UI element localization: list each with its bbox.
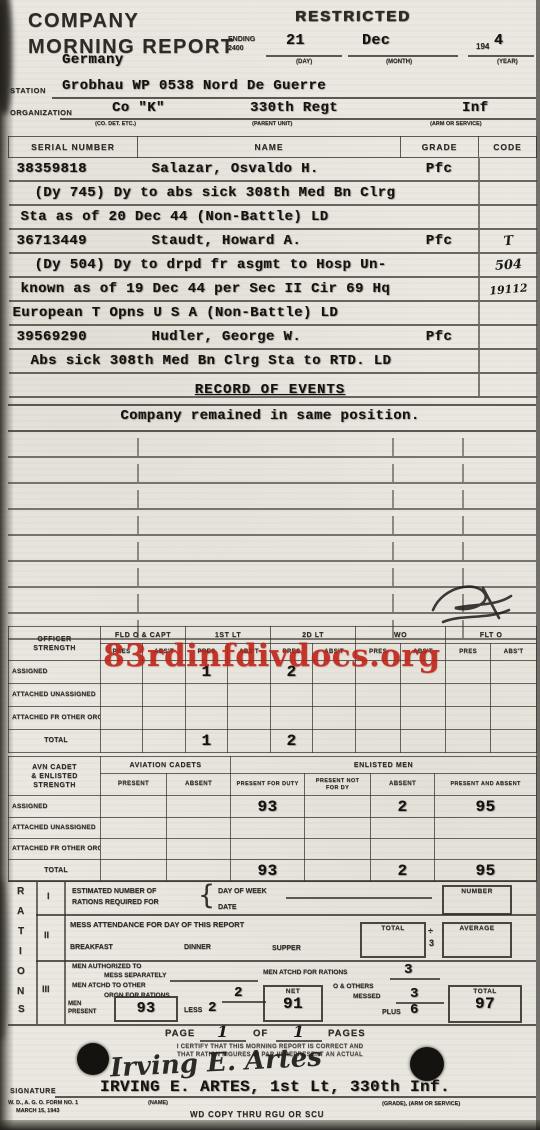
organization-unit: Co "K"	[112, 100, 165, 116]
column-divider	[36, 882, 38, 1024]
roster-row6-remark: known as of 19 Dec 44 per Sec II Cir 69 …	[9, 277, 479, 301]
date-day-value: 21	[286, 32, 305, 49]
enlisted-row-total: TOTAL	[9, 860, 101, 882]
men-atchd-other-value: 2	[234, 985, 243, 1001]
abst-header: ABS'T	[491, 644, 537, 661]
org-parent-sublabel: (PARENT UNIT)	[252, 121, 292, 127]
enlisted-assigned-absent: 2	[371, 796, 435, 818]
roster-row9-code	[479, 349, 537, 373]
ruled-line	[55, 1096, 536, 1098]
ending-label: ENDING	[228, 36, 255, 43]
roster-row8-name: Hudler, George W.	[138, 325, 401, 349]
avn-present-header: PRESENT	[101, 774, 167, 796]
mess-attendance-title: MESS ATTENDANCE FOR DAY OF THIS REPORT	[70, 920, 244, 929]
roster-row1-code	[479, 158, 537, 182]
officer-corner-label: OFFICER STRENGTH	[9, 627, 101, 661]
brace-glyph: {	[198, 880, 215, 911]
roster-col-serial: SERIAL NUMBER	[9, 137, 138, 158]
morning-report-document: RESTRICTED COMPANY MORNING REPORT ENDING…	[0, 0, 540, 1130]
enlisted-assigned-present-for-duty: 93	[231, 796, 305, 818]
signature-name-sublabel: (NAME)	[148, 1100, 168, 1106]
em-present-for-duty-header: PRESENT FOR DUTY	[231, 774, 305, 796]
form-title-line1: COMPANY	[28, 10, 139, 33]
org-unit-sublabel: (CO. DET. ETC.)	[95, 121, 136, 127]
estimated-rations-line1: ESTIMATED NUMBER OF	[72, 888, 156, 895]
ruled-line	[60, 118, 536, 120]
column-divider	[462, 516, 464, 534]
rations-section: R A T I O N S I II III ESTIMATED NUMBER …	[8, 880, 536, 1026]
organization-label: ORGANIZATION	[10, 108, 72, 117]
rations-side-letter: R	[17, 886, 24, 897]
breakfast-label: BREAKFAST	[70, 944, 113, 951]
divide-by-value: 3	[429, 938, 434, 948]
organization-parent: 330th Regt	[250, 100, 338, 116]
column-divider	[392, 438, 394, 456]
blank-ruled-row	[8, 432, 536, 458]
form-date: MARCH 15, 1943	[16, 1108, 59, 1114]
roster-row1-name: Salazar, Osvaldo H.	[138, 158, 401, 182]
form-title-line2: MORNING REPORT	[28, 36, 235, 59]
mess-total-box: TOTAL	[360, 922, 426, 958]
others-messed-line2: MESSED	[353, 993, 380, 1000]
column-divider	[392, 464, 394, 482]
roster-row7-code	[479, 301, 537, 325]
plus-label: PLUS	[382, 1009, 401, 1016]
enlisted-corner-label: AVN CADET & ENLISTED STRENGTH	[9, 757, 101, 796]
roster-row1-grade: Pfc	[401, 158, 479, 182]
month-sublabel: (MONTH)	[386, 59, 412, 65]
enlisted-total-present-and-absent: 95	[435, 860, 537, 882]
roster-row8-serial: 39569290	[9, 325, 138, 349]
signature-label: SIGNATURE	[10, 1088, 56, 1095]
roster-row2-code	[479, 181, 537, 205]
ruled-line	[390, 978, 440, 980]
enlisted-assigned-present-and-absent: 95	[435, 796, 537, 818]
officer-total-1stlt-pres: 1	[186, 730, 228, 753]
roster-row7-remark: European T Opns U S A (Non-Battle) LD	[9, 301, 479, 325]
ruled-line	[396, 1002, 444, 1004]
date-label: DATE	[218, 904, 237, 911]
roster-row3-remark: Sta as of 20 Dec 44 (Non-Battle) LD	[9, 205, 479, 229]
signature-typed-name: IRVING E. ARTES, 1st Lt, 330th Inf.	[100, 1078, 450, 1096]
roster-row1-serial: 38359818	[9, 158, 138, 182]
em-absent-header: ABSENT	[371, 774, 435, 796]
men-authorized-line1: MEN AUTHORIZED TO	[72, 963, 141, 970]
enlisted-row-attached-unassigned: ATTACHED UNASSIGNED	[9, 818, 101, 839]
column-divider	[462, 542, 464, 560]
men-atchd-for-rations-label: MEN ATCHD FOR RATIONS	[263, 969, 347, 976]
column-divider	[392, 490, 394, 508]
column-divider	[392, 542, 394, 560]
day-sublabel: (DAY)	[296, 59, 312, 65]
ruled-line	[468, 55, 534, 57]
enlisted-row-attached-other: ATTACHED FR OTHER ORGN	[9, 839, 101, 860]
ruled-line	[8, 404, 536, 406]
date-year-value: 4	[494, 32, 503, 49]
blank-ruled-row	[8, 536, 536, 562]
estimated-rations-line2: RATIONS REQUIRED FOR	[72, 899, 159, 906]
roster-row4-name: Staudt, Howard A.	[138, 229, 401, 253]
station-value: Grobhau WP 0538 Nord De Guerre	[62, 78, 326, 94]
pages-label: PAGES	[328, 1028, 366, 1039]
record-of-events-entry: Company remained in same position.	[0, 408, 540, 424]
page-label: PAGE	[165, 1028, 195, 1039]
officer-row-assigned: ASSIGNED	[9, 661, 101, 684]
column-divider	[137, 516, 139, 534]
ruled-line	[170, 980, 258, 982]
net-value: 91	[265, 995, 321, 1013]
scan-edge-bottom	[0, 1120, 540, 1130]
rations-total-value: 97	[450, 995, 520, 1013]
year-prefix: 194	[476, 42, 489, 51]
officer-group-flt-o: FLT O	[446, 627, 537, 644]
mess-average-box: AVERAGE	[442, 922, 512, 958]
page-number-value: 1	[217, 1022, 228, 1041]
men-present-box: 93	[114, 996, 178, 1022]
ruled-line	[286, 897, 432, 899]
rations-side-letter: N	[17, 986, 24, 997]
roster-row6-code: 19112	[478, 275, 538, 304]
column-divider	[392, 568, 394, 586]
blank-ruled-row	[8, 484, 536, 510]
officer-total-2dlt-pres: 2	[271, 730, 313, 753]
others-messed-value: 3	[410, 986, 419, 1002]
officer-row-total: TOTAL	[9, 730, 101, 753]
officer-row-attached-other: ATTACHED FR OTHER ORGN	[9, 707, 101, 730]
roster-row4-serial: 36713449	[9, 229, 138, 253]
station-label: STATION	[10, 86, 46, 95]
em-present-not-for-duty-header: PRESENT NOT FOR DY	[305, 774, 371, 796]
roster-row2-remark: (Dy 745) Dy to abs sick 308th Med Bn Clr…	[9, 181, 479, 205]
men-present-label-line2: PRESENT	[68, 1009, 96, 1015]
roster-col-name: NAME	[138, 137, 401, 158]
net-box-label: NET	[265, 987, 321, 995]
column-divider	[462, 490, 464, 508]
of-label: OF	[253, 1028, 268, 1039]
mess-average-box-label: AVERAGE	[444, 924, 510, 932]
roster-row4-grade: Pfc	[401, 229, 479, 253]
divide-sign: ÷	[428, 926, 433, 936]
column-divider	[137, 490, 139, 508]
column-divider	[462, 438, 464, 456]
column-divider	[462, 464, 464, 482]
form-number: W. D., A. G. O. FORM NO. 1	[8, 1100, 78, 1106]
blank-ruled-row	[8, 458, 536, 484]
rations-side-letter: S	[18, 1004, 25, 1015]
supper-label: SUPPER	[272, 945, 301, 952]
pages-total-value: 1	[293, 1022, 304, 1041]
rations-total-box: TOTAL 97	[448, 985, 522, 1023]
net-box: NET 91	[263, 985, 323, 1022]
enlisted-row-assigned: ASSIGNED	[9, 796, 101, 818]
ruled-line	[348, 55, 458, 57]
day-of-week-label: DAY OF WEEK	[218, 888, 267, 895]
roster-row8-grade: Pfc	[401, 325, 479, 349]
rations-section2-numeral: II	[44, 930, 49, 940]
less-value: 2	[208, 1000, 217, 1016]
column-divider	[137, 438, 139, 456]
column-divider	[137, 464, 139, 482]
dinner-label: DINNER	[184, 944, 211, 951]
plus-value: 6	[410, 1002, 419, 1018]
avn-absent-header: ABSENT	[167, 774, 231, 796]
men-authorized-line2: MESS SEPARATELY	[104, 972, 166, 979]
column-divider	[137, 542, 139, 560]
officer-row-attached-unassigned: ATTACHED UNASSIGNED	[9, 684, 101, 707]
date-month-value: Dec	[362, 32, 390, 49]
mess-total-box-label: TOTAL	[362, 924, 424, 932]
rations-section3-numeral: III	[42, 984, 50, 994]
scan-blemish	[0, 0, 12, 114]
roster-row8-code	[479, 325, 537, 349]
em-present-and-absent-header: PRESENT AND ABSENT	[435, 774, 537, 796]
others-messed-line1: O & OTHERS	[333, 983, 373, 990]
ruled-line	[36, 960, 536, 962]
classification-stamp: RESTRICTED	[295, 8, 411, 25]
column-divider	[64, 882, 66, 1024]
roster-row9-remark: Abs sick 308th Med Bn Clrg Sta to RTD. L…	[9, 349, 479, 373]
handwritten-scribble	[425, 578, 520, 630]
rations-side-letter: T	[18, 926, 24, 937]
organization-arm: Inf	[462, 100, 488, 116]
column-divider	[137, 568, 139, 586]
roster-row5-remark: (Dy 504) Dy to drpd fr asgmt to Hosp Un-	[9, 253, 479, 277]
enlisted-strength-table: AVN CADET & ENLISTED STRENGTH AVIATION C…	[8, 756, 537, 882]
signature-grade-sublabel: (GRADE), (ARM OR SERVICE)	[382, 1101, 460, 1107]
enlisted-men-group: ENLISTED MEN	[231, 757, 537, 774]
rations-side-letter: O	[17, 966, 25, 977]
aviation-cadets-group: AVIATION CADETS	[101, 757, 231, 774]
men-present-label-line1: MEN	[68, 1001, 81, 1007]
rations-side-letter: A	[17, 906, 24, 917]
record-of-events-title: RECORD OF EVENTS	[0, 382, 540, 398]
pres-header: PRES	[446, 644, 491, 661]
year-sublabel: (YEAR)	[497, 59, 518, 65]
rations-section1-numeral: I	[47, 891, 50, 901]
rations-total-box-label: TOTAL	[450, 987, 520, 995]
number-box: NUMBER	[442, 885, 512, 915]
men-present-value: 93	[116, 998, 176, 1017]
column-divider	[392, 516, 394, 534]
roster-col-grade: GRADE	[401, 137, 479, 158]
archive-watermark: 83rdinfdivdocs.org	[103, 638, 440, 674]
copy-routing-note: WD COPY THRU RGU OR SCU	[190, 1110, 324, 1119]
ruled-line	[266, 55, 342, 57]
org-arm-sublabel: (ARM OR SERVICE)	[430, 121, 482, 127]
men-atchd-other-line1: MEN ATCHD TO OTHER	[72, 982, 146, 989]
less-label: LESS	[184, 1007, 202, 1014]
rations-side-letter: I	[19, 946, 22, 957]
column-divider	[137, 594, 139, 612]
ruled-line	[222, 1001, 266, 1003]
ending-time: 2400	[228, 45, 244, 52]
roster-row3-code	[479, 205, 537, 229]
column-divider	[392, 594, 394, 612]
country-entry: Germany	[62, 52, 124, 68]
men-atchd-for-rations-value: 3	[404, 962, 413, 978]
enlisted-total-present-for-duty: 93	[231, 860, 305, 882]
roster-col-code: CODE	[479, 137, 537, 158]
personnel-roster-table: SERIAL NUMBER NAME GRADE CODE 38359818 S…	[8, 136, 537, 398]
blank-ruled-row	[8, 510, 536, 536]
number-box-label: NUMBER	[444, 887, 510, 895]
ruled-line	[52, 97, 536, 99]
enlisted-total-absent: 2	[371, 860, 435, 882]
